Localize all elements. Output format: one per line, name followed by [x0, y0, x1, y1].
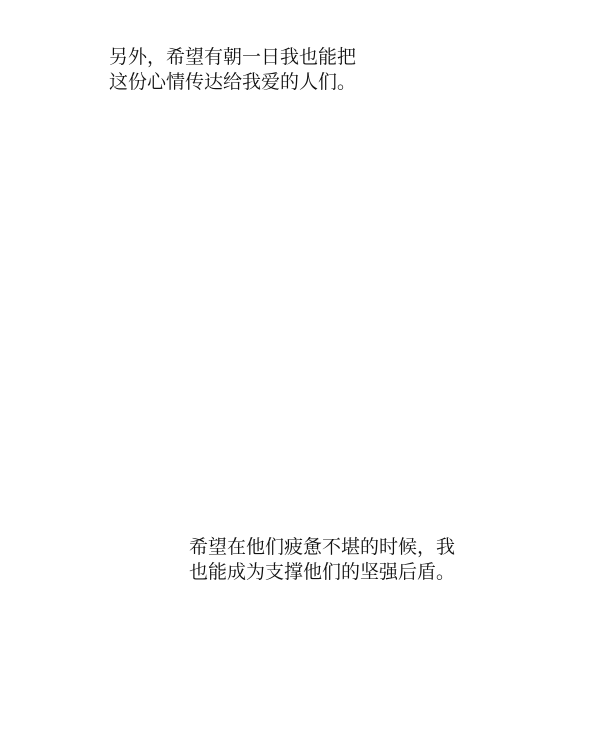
caption-top-line-1: 另外，希望有朝一日我也能把	[109, 45, 356, 70]
caption-top: 另外，希望有朝一日我也能把 这份心情传达给我爱的人们。	[109, 45, 356, 95]
caption-bottom-line-1: 希望在他们疲惫不堪的时候，我	[189, 535, 455, 560]
caption-bottom-line-2: 也能成为支撑他们的坚强后盾。	[189, 560, 455, 585]
caption-top-line-2: 这份心情传达给我爱的人们。	[109, 70, 356, 95]
caption-bottom: 希望在他们疲惫不堪的时候，我 也能成为支撑他们的坚强后盾。	[189, 535, 455, 585]
